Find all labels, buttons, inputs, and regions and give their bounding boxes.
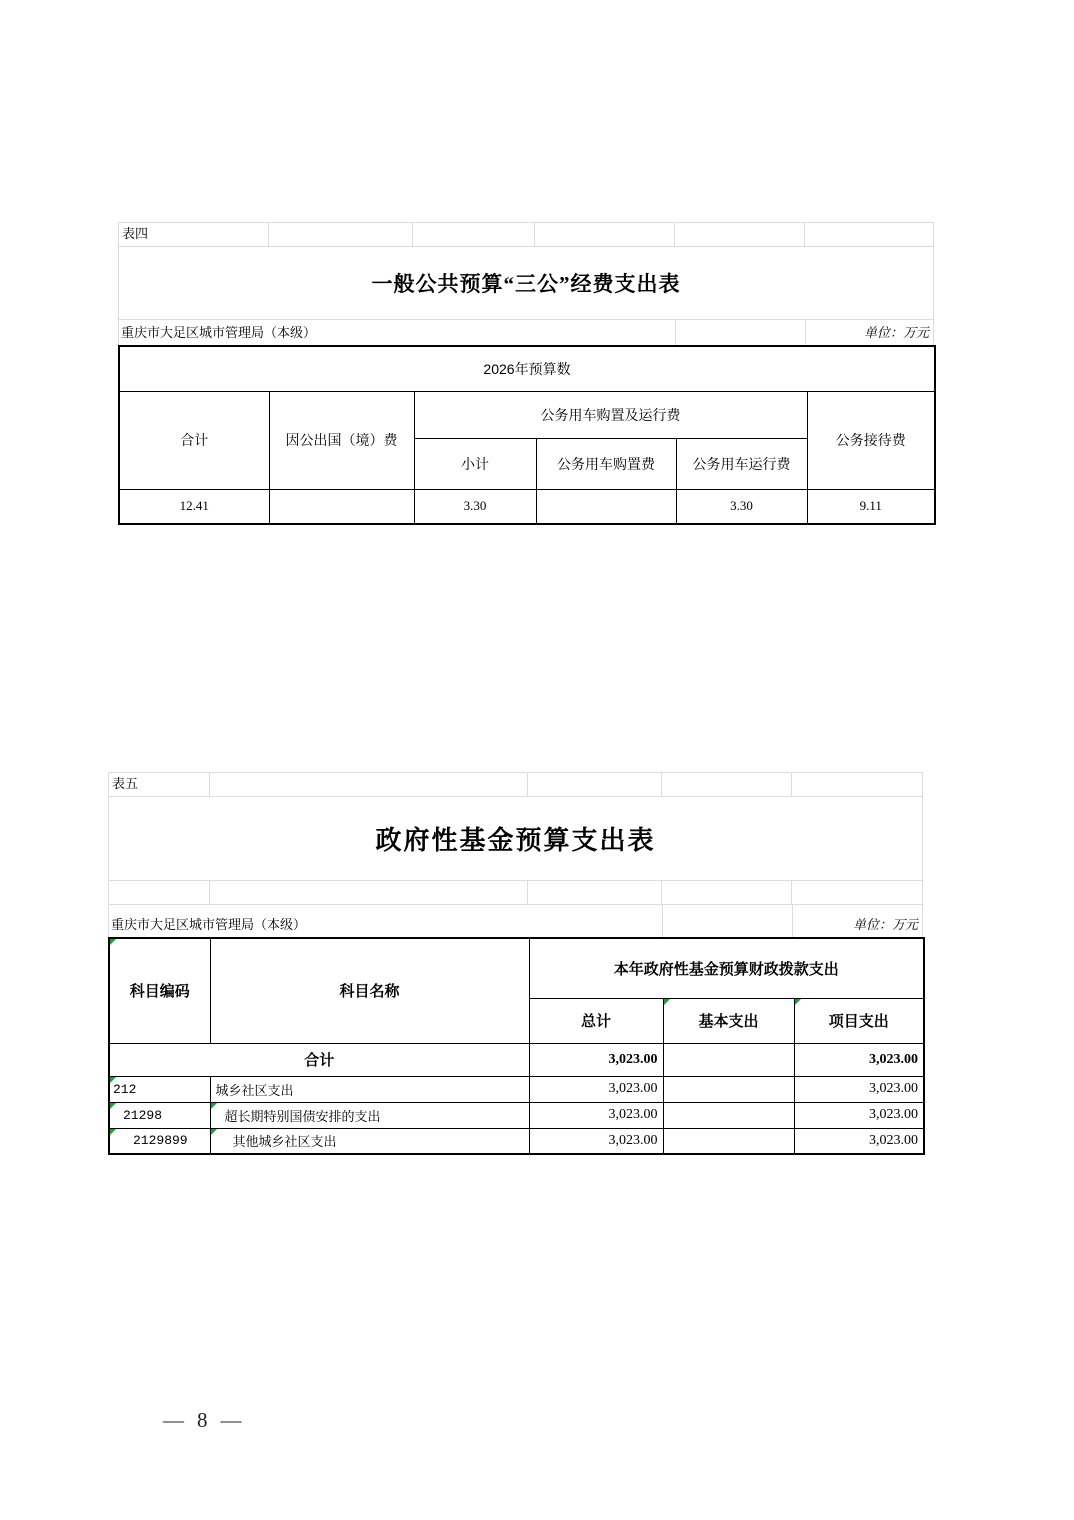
grid-cell [210, 881, 528, 904]
table4-data-row: 12.41 3.30 3.30 9.11 [119, 489, 935, 524]
table4-value-vehicle-subtotal: 3.30 [414, 489, 536, 524]
org-cell [675, 320, 806, 345]
document-page: 表四 一般公共预算“三公”经费支出表 重庆市大足区城市管理局（本级） 单位：万元 [0, 0, 1074, 1520]
page-number-value: 8 [197, 1408, 208, 1433]
table5-title-row: 政府性基金预算支出表 [108, 797, 923, 880]
table4-value-reception: 9.11 [807, 489, 935, 524]
page-number-dash-left: — [163, 1408, 184, 1433]
table4-col-reception: 公务接待费 [807, 391, 935, 489]
table5-total-row: 合计 3,023.00 3,023.00 [109, 1043, 924, 1076]
table-row: 2129899 其他城乡社区支出 3,023.00 3,023.00 [109, 1128, 924, 1154]
grid-cell [792, 881, 922, 904]
table5-tag: 表五 [109, 773, 209, 790]
grid-cell [675, 223, 806, 246]
table4-value-vehicle-purchase [536, 489, 676, 524]
table4-value-abroad [269, 489, 414, 524]
grid-cell [792, 773, 922, 796]
table-row: 212 城乡社区支出 3,023.00 3,023.00 [109, 1076, 924, 1102]
table4-tag: 表四 [119, 223, 268, 240]
row-project: 3,023.00 [794, 1076, 924, 1102]
row-name: 超长期特别国债安排的支出 [210, 1102, 529, 1128]
table4-col-vehicle-group: 公务用车购置及运行费 [414, 391, 807, 438]
org-cell: 单位：万元 [792, 905, 922, 937]
table-row: 21298 超长期特别国债安排的支出 3,023.00 3,023.00 [109, 1102, 924, 1128]
table4-unit: 单位：万元 [864, 322, 933, 345]
grid-cell [109, 881, 210, 904]
table4-org: 重庆市大足区城市管理局（本级） [119, 322, 316, 345]
table5-org: 重庆市大足区城市管理局（本级） [109, 914, 306, 937]
org-cell: 重庆市大足区城市管理局（本级） [109, 905, 662, 937]
table4-tag-row: 表四 [118, 222, 934, 247]
table4-col-vehicle-purchase: 公务用车购置费 [536, 438, 676, 489]
grid-cell [535, 223, 675, 246]
table4-title: 一般公共预算“三公”经费支出表 [372, 268, 681, 298]
row-code: 2129899 [109, 1128, 210, 1154]
grid-cell: 表五 [109, 773, 210, 796]
grid-cell [528, 773, 662, 796]
table5-total-label: 合计 [109, 1043, 529, 1076]
table5-col-basic: 基本支出 [663, 998, 794, 1043]
row-project: 3,023.00 [794, 1102, 924, 1128]
table5-col-project: 项目支出 [794, 998, 924, 1043]
table5-org-row: 重庆市大足区城市管理局（本级） 单位：万元 [108, 905, 923, 937]
table4-col-abroad: 因公出国（境）费 [269, 391, 414, 489]
table5-col-code: 科目编码 [109, 938, 210, 1043]
row-name: 城乡社区支出 [210, 1076, 529, 1102]
table5-col-name: 科目名称 [210, 938, 529, 1043]
table5-empty-row [108, 880, 923, 905]
table5-total-basic [663, 1043, 794, 1076]
table4-year-header: 2026年预算数 [119, 346, 935, 391]
page-number-dash-right: — [221, 1408, 242, 1433]
org-cell: 单位：万元 [805, 320, 933, 345]
table5-total-project: 3,023.00 [794, 1043, 924, 1076]
grid-cell [662, 773, 793, 796]
table4-col-vehicle-operation: 公务用车运行费 [676, 438, 807, 489]
org-cell [662, 905, 793, 937]
table4-value-total: 12.41 [119, 489, 269, 524]
page-number: — 8 — [163, 1408, 242, 1433]
table5-block: 表五 政府性基金预算支出表 重庆市大足区城市管理局（本级） 单位 [108, 772, 923, 1155]
grid-cell: 表四 [119, 223, 269, 246]
grid-cell [805, 223, 933, 246]
table4-value-vehicle-operation: 3.30 [676, 489, 807, 524]
row-total: 3,023.00 [529, 1102, 663, 1128]
org-cell: 重庆市大足区城市管理局（本级） [119, 320, 675, 345]
table4-title-row: 一般公共预算“三公”经费支出表 [118, 247, 934, 319]
table4: 2026年预算数 合计 因公出国（境）费 公务用车购置及运行费 公务接待费 小计… [118, 345, 936, 525]
table5-title: 政府性基金预算支出表 [375, 820, 655, 857]
row-basic [663, 1102, 794, 1128]
table4-col-vehicle-subtotal: 小计 [414, 438, 536, 489]
row-total: 3,023.00 [529, 1128, 663, 1154]
table5-tag-row: 表五 [108, 772, 923, 797]
grid-cell [413, 223, 535, 246]
table4-col-total: 合计 [119, 391, 269, 489]
table5-col-group: 本年政府性基金预算财政拨款支出 [529, 938, 924, 998]
table4-org-row: 重庆市大足区城市管理局（本级） 单位：万元 [118, 319, 934, 345]
table5: 科目编码 科目名称 本年政府性基金预算财政拨款支出 总计 基本支出 项目支出 合… [108, 937, 925, 1155]
table5-unit: 单位：万元 [853, 914, 922, 937]
grid-cell [269, 223, 414, 246]
table5-col-total: 总计 [529, 998, 663, 1043]
row-code: 21298 [109, 1102, 210, 1128]
row-project: 3,023.00 [794, 1128, 924, 1154]
table5-total-total: 3,023.00 [529, 1043, 663, 1076]
row-basic [663, 1076, 794, 1102]
grid-cell [210, 773, 528, 796]
grid-cell [528, 881, 662, 904]
grid-cell [662, 881, 793, 904]
row-total: 3,023.00 [529, 1076, 663, 1102]
table4-block: 表四 一般公共预算“三公”经费支出表 重庆市大足区城市管理局（本级） 单位：万元 [118, 222, 934, 525]
row-code: 212 [109, 1076, 210, 1102]
row-basic [663, 1128, 794, 1154]
row-name: 其他城乡社区支出 [210, 1128, 529, 1154]
